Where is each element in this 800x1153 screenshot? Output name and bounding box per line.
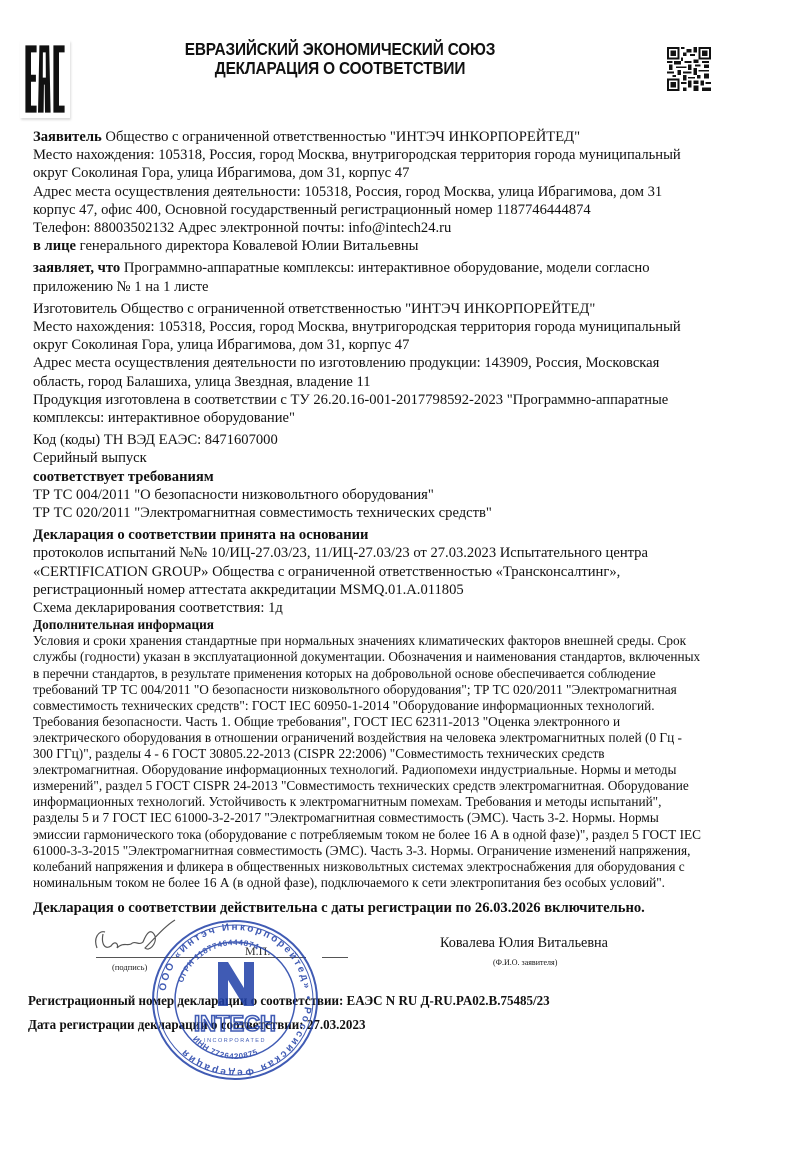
eac-mark-icon — [24, 42, 66, 116]
declaration-scheme: Схема декларирования соответствия: 1д — [33, 599, 753, 617]
requirement-2: ТР ТС 020/2011 "Электромагнитная совмест… — [33, 504, 753, 522]
company-stamp-icon: ООО «Интэч Инкорпорейтед» • Российская Ф… — [150, 918, 320, 1083]
additional-label-text: Дополнительная информация — [33, 617, 214, 632]
declares-text-2: приложению № 1 на 1 листе — [33, 278, 753, 296]
manufacturer-production-2: область, город Балашиха, улица Звездная,… — [33, 373, 753, 391]
additional-info-line: разделы 5 и 7 ГОСТ IEC 61000-3-2-2017 "Э… — [33, 810, 753, 826]
manufacturer-tu-1: Продукция изготовлена в соответствии с Т… — [33, 391, 753, 409]
title-declaration: ДЕКЛАРАЦИЯ О СООТВЕТСТВИИ — [146, 59, 533, 78]
applicant-line: Заявитель Общество с ограниченной ответс… — [33, 128, 753, 146]
declares-text-1: Программно-аппаратные комплексы: интерак… — [120, 260, 649, 276]
applicant-activity-2: корпус 47, офис 400, Основной государств… — [33, 201, 753, 219]
manufacturer-location-2: округ Соколиная Гора, улица Ибрагимова, … — [33, 336, 753, 354]
signature-caption: (подпись) — [112, 962, 147, 972]
complies-label: соответствует требованиям — [33, 468, 753, 486]
additional-info-line: измерений", раздел 5 ГОСТ CISPR 24-2013 … — [33, 778, 753, 794]
basis-line-3: регистрационный номер аттестата аккредит… — [33, 581, 753, 599]
title-union: ЕВРАЗИЙСКИЙ ЭКОНОМИЧЕСКИЙ СОЮЗ — [146, 40, 533, 59]
additional-info-line: электромагнитная. Оборудование информаци… — [33, 762, 753, 778]
additional-info-line: номинальным током не более 16 А (в одной… — [33, 875, 753, 891]
additional-info-line: Условия и сроки хранения стандартные при… — [33, 633, 753, 649]
signature-line-tail — [322, 957, 348, 958]
representative-label: в лице — [33, 238, 76, 254]
applicant-location-1: Место нахождения: 105318, Россия, город … — [33, 146, 753, 164]
validity-statement: Декларация о соответствии действительна … — [33, 900, 645, 917]
signatory-name-caption: (Ф.И.О. заявителя) — [493, 958, 557, 967]
additional-info-line: 61000-3-3-2015 "Электромагнитная совмест… — [33, 843, 753, 859]
additional-info-line: информационных технологий. Устойчивость … — [33, 794, 753, 810]
manufacturer-location-1: Место нахождения: 105318, Россия, город … — [33, 318, 753, 336]
applicant-label: Заявитель — [33, 129, 102, 145]
svg-text:INTECH: INTECH — [194, 1011, 276, 1036]
manufacturer-tu-2: комплексы: интерактивное оборудование" — [33, 409, 753, 427]
representative-name: генерального директора Ковалевой Юлии Ви… — [76, 238, 418, 254]
additional-info-line: колебаний напряжения и фликера в обществ… — [33, 859, 753, 875]
declares-label: заявляет, что — [33, 260, 120, 276]
basis-label: Декларация о соответствии принята на осн… — [33, 526, 753, 544]
manufacturer-production-1: Адрес места осуществления деятельности п… — [33, 354, 753, 372]
applicant-representative: в лице генерального директора Ковалевой … — [33, 237, 753, 255]
applicant-name: Общество с ограниченной ответственностью… — [102, 129, 580, 145]
additional-info-line: эмиссии гармонического тока (оборудовани… — [33, 827, 753, 843]
additional-info-line: службы (годности) указан в эксплуатацион… — [33, 649, 753, 665]
qr-code-icon[interactable] — [667, 38, 711, 100]
basis-line-1: протоколов испытаний №№ 10/ИЦ-27.03/23, … — [33, 544, 753, 562]
additional-info-line: Требования безопасности. Часть 1. Общие … — [33, 714, 753, 730]
signatory-name: Ковалева Юлия Витальевна — [440, 935, 608, 952]
declares-line: заявляет, что Программно-аппаратные комп… — [33, 259, 753, 277]
additional-info-line: электрического оборудования в отношении … — [33, 730, 753, 746]
declaration-body: Заявитель Общество с ограниченной ответс… — [33, 128, 753, 891]
manufacturer-name: Изготовитель Общество с ограниченной отв… — [33, 300, 753, 318]
requirement-1: ТР ТС 004/2011 "О безопасности низковоль… — [33, 486, 753, 504]
additional-info: Условия и сроки хранения стандартные при… — [33, 633, 753, 891]
svg-text:INCORPORATED: INCORPORATED — [204, 1038, 266, 1044]
product-code: Код (коды) ТН ВЭД ЕАЭС: 8471607000 — [33, 431, 753, 449]
applicant-location-2: округ Соколиная Гора, улица Ибрагимова, … — [33, 164, 753, 182]
additional-info-line: требований ТР ТС 004/2011 "О безопасност… — [33, 682, 753, 698]
basis-label-text: Декларация о соответствии принята на осн… — [33, 527, 368, 543]
complies-label-text: соответствует требованиям — [33, 469, 214, 485]
additional-info-line: в перечни стандартов, в результате приме… — [33, 666, 753, 682]
applicant-contacts: Телефон: 88003502132 Адрес электронной п… — [33, 219, 753, 237]
eac-logo — [20, 40, 70, 118]
additional-label: Дополнительная информация — [33, 617, 753, 633]
basis-line-2: «CERTIFICATION GROUP» Общества с огранич… — [33, 563, 753, 581]
additional-info-line: 300 ГГц)", разделы 4 - 6 ГОСТ 30805.22-2… — [33, 746, 753, 762]
product-series: Серийный выпуск — [33, 449, 753, 467]
additional-info-line: совместимость технических средств": ГОСТ… — [33, 698, 753, 714]
applicant-activity-1: Адрес места осуществления деятельности: … — [33, 183, 753, 201]
document-title: ЕВРАЗИЙСКИЙ ЭКОНОМИЧЕСКИЙ СОЮЗ ДЕКЛАРАЦИ… — [146, 40, 533, 78]
